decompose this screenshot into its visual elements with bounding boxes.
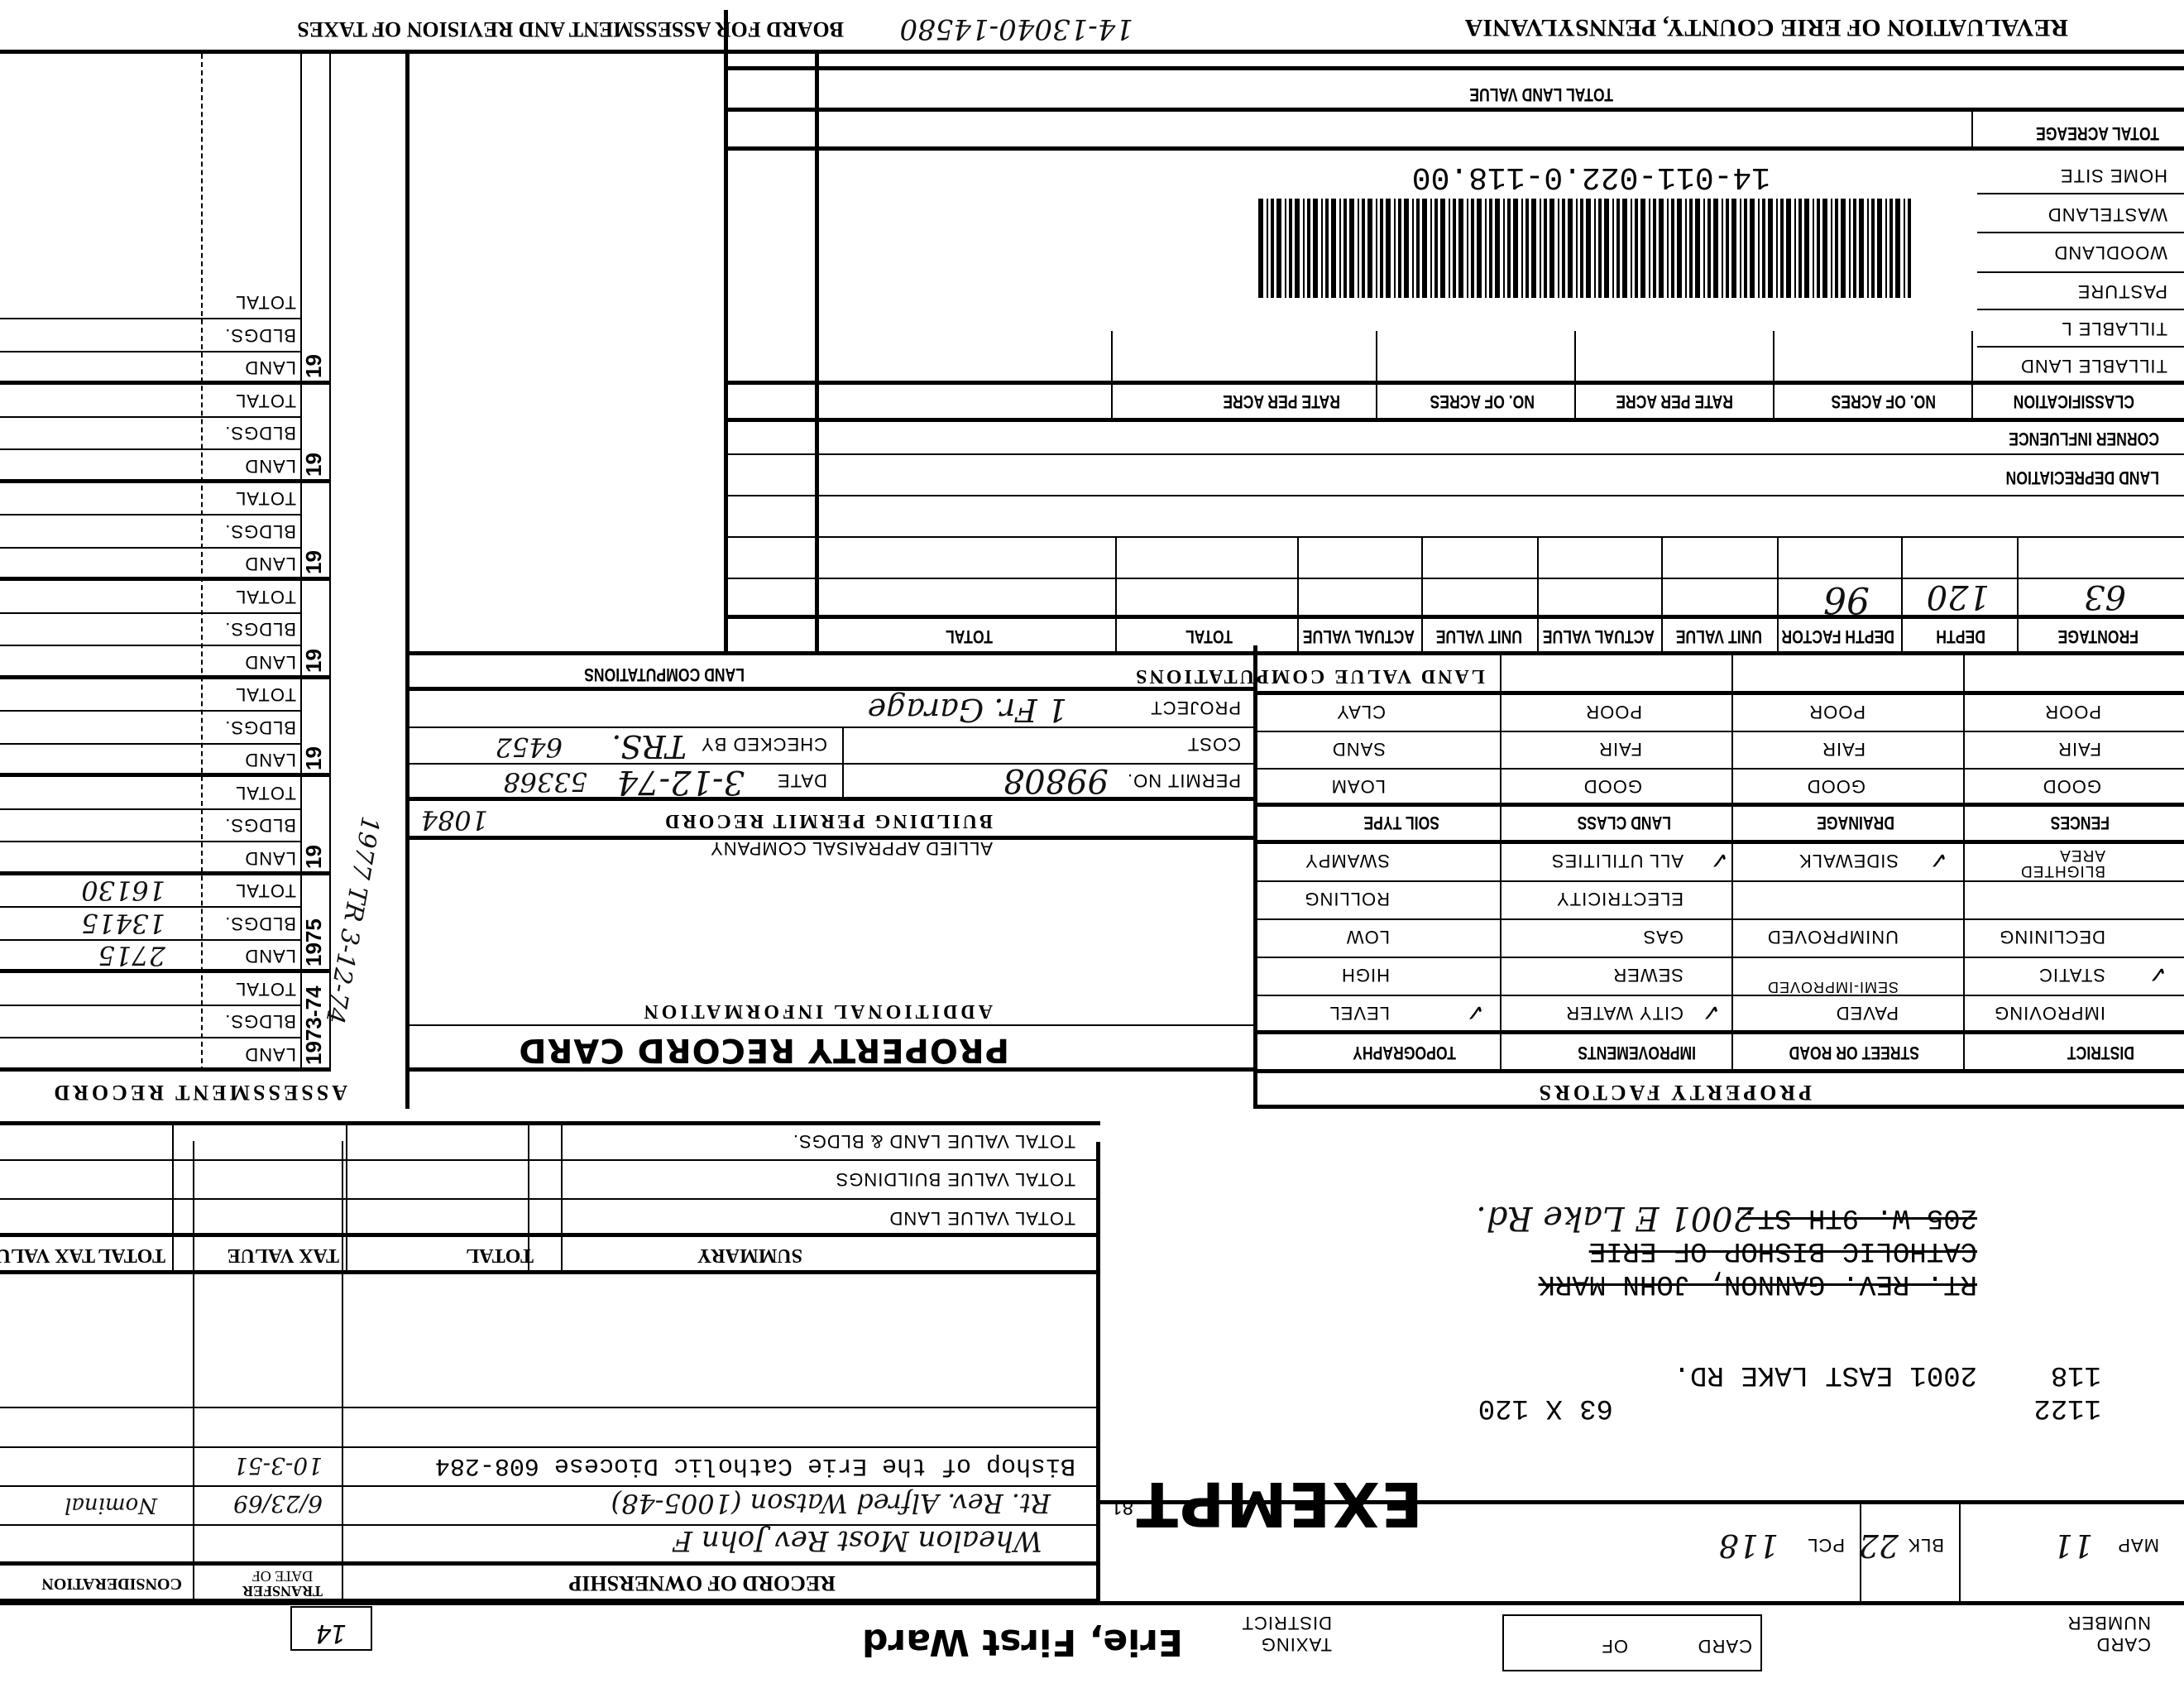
assessment-row-label: TOTAL xyxy=(235,586,296,607)
acre-row-wasteland: WASTELAND xyxy=(2047,204,2167,225)
card-of-box[interactable]: CARD OF xyxy=(1502,1614,1762,1671)
check-mark-icon: ✓ xyxy=(1701,999,1721,1026)
total-land-value-label: TOTAL LAND VALUE xyxy=(1469,84,1613,105)
handwritten-address: 2001 E Lake Rd. xyxy=(1476,1199,1754,1237)
ownership-col-consideration: CONSIDERATION xyxy=(41,1574,182,1593)
assessment-row-label: LAND xyxy=(244,651,296,673)
col-district: DISTRICT xyxy=(2067,1042,2134,1063)
acre-row-pasture: PASTURE xyxy=(2077,281,2167,302)
owner-code-a: 1122 xyxy=(2033,1392,2101,1423)
additional-info-title: ADDITIONAL INFORMATION xyxy=(640,1000,993,1022)
permit-date-value: 3-12-74 xyxy=(617,763,745,801)
assessment-row-label: TOTAL xyxy=(235,684,296,706)
cost-label: COST xyxy=(1187,733,1241,755)
exempt-stamp: EXEMPT xyxy=(1134,1468,1423,1539)
acre-col-no-acres: NO. OF ACRES xyxy=(1832,391,1936,412)
acre-row-tillable-land: TILLABLE LAND xyxy=(2020,355,2167,376)
check-mark-icon: ✓ xyxy=(1709,846,1729,874)
summary-col-tax-2: TAX VALUE xyxy=(0,1244,95,1266)
col-soil-type: SOIL TYPE xyxy=(1363,812,1439,833)
check-mark-icon: ✓ xyxy=(2148,961,2167,988)
acre-row-home-site: HOME SITE xyxy=(2060,165,2167,186)
assessment-value: 2715 xyxy=(98,941,165,972)
col-street: STREET OR ROAD xyxy=(1789,1042,1919,1063)
assessment-row-label: TOTAL xyxy=(235,782,296,803)
assessment-year: 19 xyxy=(301,747,327,771)
lv-col-total-2: TOTAL xyxy=(946,626,993,647)
summary-col-total-2: TOTAL xyxy=(98,1244,165,1266)
district-box: 14 xyxy=(290,1606,372,1651)
assessment-row-label: BLDGS. xyxy=(224,913,296,934)
card-title: PROPERTY RECORD CARD xyxy=(518,1031,1009,1069)
depth-factor-value: 96 xyxy=(1823,578,1870,621)
assessment-row-label: TOTAL xyxy=(235,390,296,411)
barcode xyxy=(1257,199,1911,298)
permit-no-value: 99808 xyxy=(1003,761,1109,799)
depth-value: 120 xyxy=(1927,578,1990,616)
check-mark-icon: ✓ xyxy=(1928,846,1948,874)
col-land-class: LAND CLASS xyxy=(1578,812,1671,833)
permit-no-label: PERMIT NO. xyxy=(1127,770,1241,791)
assessment-value: 16130 xyxy=(81,875,165,907)
owner-dims: 63 X 120 xyxy=(1478,1392,1613,1423)
assessment-row-label: TOTAL xyxy=(235,978,296,1000)
assessment-year: 19 xyxy=(301,551,327,575)
corner-influence-label: CORNER INFLUENCE xyxy=(2009,428,2159,449)
ownership-col-date: TRANSFERDATE OF xyxy=(242,1569,323,1599)
assessment-row-label: BLDGS. xyxy=(224,619,296,640)
stamp-note: 81 xyxy=(1111,1495,1133,1518)
pcl-label: PCL xyxy=(1807,1534,1845,1556)
building-permit-title: BUILDING PERMIT RECORD xyxy=(663,809,993,832)
summary-row-land: TOTAL VALUE LAND xyxy=(889,1207,1075,1229)
check-mark-icon: ✓ xyxy=(1465,999,1485,1026)
assessment-row-label: BLDGS. xyxy=(224,815,296,837)
checked-by-label: CHECKED BY xyxy=(701,733,827,755)
board-title: BOARD FOR ASSESSMENT AND REVISION OF TAX… xyxy=(297,17,844,41)
struck-owner-3: 205 W. 9TH ST. xyxy=(1741,1201,1977,1233)
lv-col-actual-value-2: ACTUAL VALUE xyxy=(1303,626,1415,647)
land-value-title: LAND VALUE COMPUTATIONS xyxy=(1133,664,1485,687)
assessment-row-label: BLDGS. xyxy=(224,1011,296,1033)
owner-code-b: 118 xyxy=(2051,1359,2101,1390)
summary-col-total-1: TOTAL xyxy=(466,1244,534,1266)
assessment-row-label: BLDGS. xyxy=(224,324,296,346)
assessment-row-label: LAND xyxy=(244,946,296,967)
summary-row-buildings: TOTAL VALUE BUILDINGS xyxy=(836,1168,1075,1190)
assessment-year: 19 xyxy=(301,453,327,477)
assessment-year: 19 xyxy=(301,649,327,673)
blk-value: 22 xyxy=(1859,1527,1899,1564)
assessment-row-label: TOTAL xyxy=(235,880,296,902)
land-depreciation-label: LAND DEPRECIATION xyxy=(2006,467,2159,488)
summary-row-land-bldgs: TOTAL VALUE LAND & BLDGS. xyxy=(793,1130,1075,1152)
ownership-title: RECORD OF OWNERSHIP xyxy=(568,1571,836,1595)
assessment-row-label: BLDGS. xyxy=(224,717,296,738)
blk-label: BLK xyxy=(1907,1534,1944,1556)
acre-col-rate: RATE PER ACRE xyxy=(1616,391,1733,412)
acre-row-tillable-l: TILLABLE L xyxy=(2061,318,2167,339)
assessment-row-label: BLDGS. xyxy=(224,423,296,444)
assessment-row-label: LAND xyxy=(244,455,296,477)
map-value: 11 xyxy=(2053,1527,2093,1564)
checked-by-value: TRS. xyxy=(611,728,687,765)
lv-col-depth-factor: DEPTH FACTOR xyxy=(1781,626,1894,647)
assessment-year: 19 xyxy=(301,845,327,869)
taxing-district-value: Erie, First Ward xyxy=(862,1621,1183,1663)
appraisal-company: ALLIED APPRAISAL COMPANY xyxy=(710,837,993,859)
assessment-row-label: LAND xyxy=(244,554,296,575)
acre-col-no-acres-2: NO. OF ACRES xyxy=(1430,391,1535,412)
acre-col-rate-2: RATE PER ACRE xyxy=(1223,391,1340,412)
permit-side-value-2: 53368 xyxy=(503,766,587,798)
owner-address: 2001 EAST LAKE RD. xyxy=(1674,1359,1977,1390)
struck-owner-2: CATHOLIC BISHOP OF ERIE xyxy=(1589,1235,1977,1266)
project-label: PROJECT xyxy=(1150,697,1241,718)
col-drainage: DRAINAGE xyxy=(1817,812,1894,833)
acre-row-woodland: WOODLAND xyxy=(2053,242,2167,263)
assessment-row-label: LAND xyxy=(244,847,296,869)
permit-side-value-1: 1084 xyxy=(421,804,488,836)
taxing-district-label: TAXINGDISTRICT xyxy=(1242,1612,1332,1655)
struck-owner-1: RT. REV. GANNON, JOHN MARK xyxy=(1539,1268,1978,1299)
assessment-row-label: LAND xyxy=(244,1043,296,1065)
assessment-row-label: TOTAL xyxy=(235,292,296,314)
assessment-row-label: LAND xyxy=(244,357,296,379)
col-topography: TOPOGRAPHY xyxy=(1353,1042,1456,1063)
permit-side-value-3: 6452 xyxy=(496,731,563,763)
pcl-value: 118 xyxy=(1718,1527,1779,1564)
revaluation-title: REVALUATION OF ERIE COUNTY, PENNSYLVANIA xyxy=(1465,13,2068,41)
acre-col-classification: CLASSIFICATION xyxy=(2014,391,2134,412)
map-label: MAP xyxy=(2117,1534,2159,1556)
property-record-card: REVALUATION OF ERIE COUNTY, PENNSYLVANIA… xyxy=(0,0,2184,1688)
col-improvements: IMPROVEMENTS xyxy=(1578,1042,1696,1063)
col-fences: FENCES xyxy=(2051,812,2110,833)
land-computations-title: LAND COMPUTATIONS xyxy=(584,664,745,685)
assessment-value: 13415 xyxy=(81,908,165,939)
lv-col-unit-value: UNIT VALUE xyxy=(1676,626,1762,647)
total-acreage-label: TOTAL ACREAGE xyxy=(2036,122,2159,144)
assessment-row-label: LAND xyxy=(244,750,296,771)
handwritten-ref: 14-13040-14580 xyxy=(899,12,1133,46)
permit-date-label: DATE xyxy=(777,770,827,791)
card-number-label: CARDNUMBER xyxy=(2067,1612,2151,1655)
parcel-id: 14-011-022.0-118.00 xyxy=(1412,159,1770,194)
assessment-year: 19 xyxy=(301,355,327,379)
summary-col-tax-1: TAX VALUE xyxy=(227,1244,339,1266)
lv-col-frontage: FRONTAGE xyxy=(2058,626,2138,647)
lv-col-unit-value-2: UNIT VALUE xyxy=(1436,626,1522,647)
assessment-row-label: BLDGS. xyxy=(224,520,296,542)
summary-title: SUMMARY xyxy=(697,1244,802,1266)
project-value: 1 Fr. Garage xyxy=(868,692,1067,728)
lv-col-actual-value: ACTUAL VALUE xyxy=(1543,626,1655,647)
assessment-year: 1975 xyxy=(301,919,327,967)
property-factors-title: PROPERTY FACTORS xyxy=(1536,1080,1812,1105)
frontage-value: 63 xyxy=(2084,578,2126,616)
lv-col-total: TOTAL xyxy=(1185,626,1233,647)
lv-col-depth: DEPTH xyxy=(1936,626,1985,647)
assessment-title: ASSESSMENT RECORD xyxy=(50,1080,347,1105)
assessment-row-label: TOTAL xyxy=(235,488,296,510)
